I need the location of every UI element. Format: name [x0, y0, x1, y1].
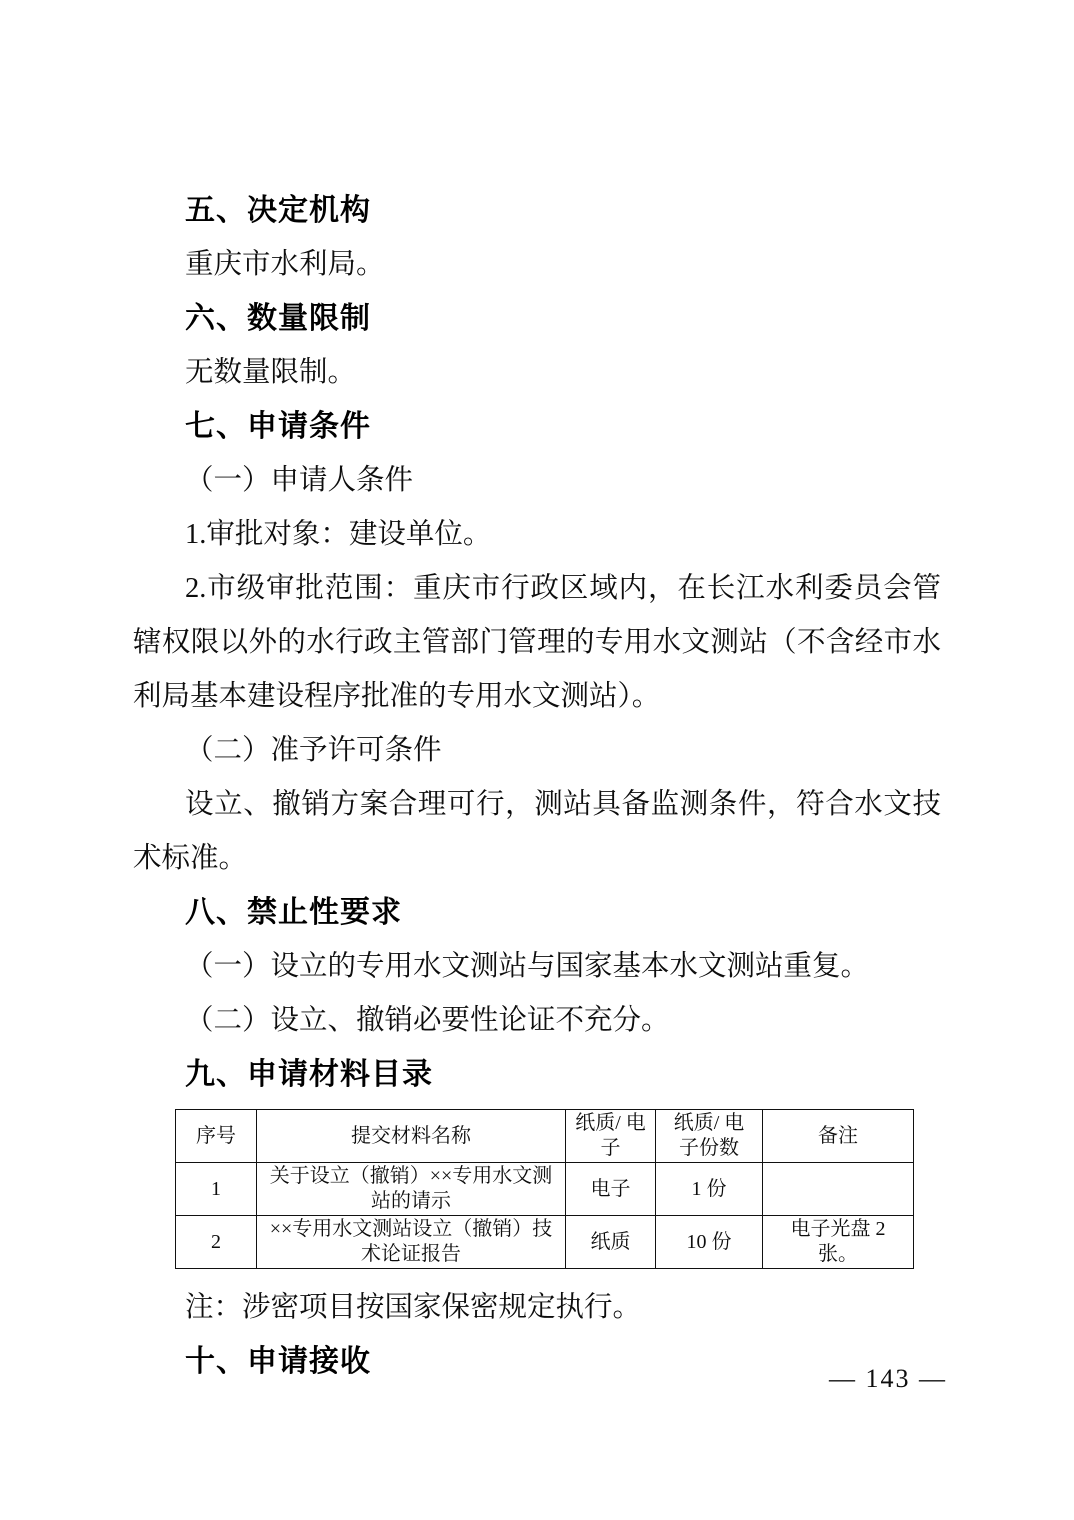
paragraph: 2.市级审批范围：重庆市行政区域内，在长江水利委员会管 辖权限以外的水行政主管部… — [133, 562, 941, 724]
table-header-cell: 备注 — [763, 1110, 914, 1163]
table-header-cell: 序号 — [176, 1110, 257, 1163]
paragraph: （一）设立的专用水文测站与国家基本水文测站重复。 — [133, 940, 941, 994]
document-page: 五、决定机构 重庆市水利局。 六、数量限制 无数量限制。 七、申请条件 （一）申… — [0, 0, 1074, 1520]
table-cell-material-name: ××专用水文测站设立（撤销）技术论证报告 — [257, 1216, 566, 1269]
paragraph: 重庆市水利局。 — [133, 238, 941, 292]
paragraph: 无数量限制。 — [133, 346, 941, 400]
materials-table: 序号 提交材料名称 纸质/ 电子 纸质/ 电子份数 备注 1 关于设立（撤销）×… — [175, 1109, 914, 1269]
heading-decision-agency: 五、决定机构 — [133, 184, 941, 238]
paragraph: （二）准予许可条件 — [133, 724, 941, 778]
paragraph: （二）设立、撤销必要性论证不充分。 — [133, 994, 941, 1048]
heading-materials-list: 九、申请材料目录 — [133, 1048, 941, 1102]
table-header-cell: 纸质/ 电子 — [566, 1110, 656, 1163]
paragraph-line: 2.市级审批范围：重庆市行政区域内，在长江水利委员会管 — [133, 562, 941, 616]
paragraph-line: 设立、撤销方案合理可行，测站具备监测条件，符合水文技 — [133, 778, 941, 832]
table-cell-note — [763, 1163, 914, 1216]
paragraph-line: 利局基本建设程序批准的专用水文测站）。 — [133, 670, 941, 724]
table-cell-copies: 1 份 — [656, 1163, 763, 1216]
table-header-cell: 纸质/ 电子份数 — [656, 1110, 763, 1163]
table-cell-copies: 10 份 — [656, 1216, 763, 1269]
table-row: 1 关于设立（撤销）××专用水文测站的请示 电子 1 份 — [176, 1163, 914, 1216]
paragraph-note: 注：涉密项目按国家保密规定执行。 — [133, 1281, 941, 1335]
heading-application-receipt: 十、申请接收 — [133, 1335, 941, 1389]
paragraph-line: 辖权限以外的水行政主管部门管理的专用水文测站（不含经市水 — [133, 616, 941, 670]
paragraph: 设立、撤销方案合理可行，测站具备监测条件，符合水文技 术标准。 — [133, 778, 941, 886]
heading-prohibitions: 八、禁止性要求 — [133, 886, 941, 940]
table-row: 2 ××专用水文测站设立（撤销）技术论证报告 纸质 10 份 电子光盘 2 张。 — [176, 1216, 914, 1269]
table-cell-medium: 电子 — [566, 1163, 656, 1216]
table-cell-note: 电子光盘 2 张。 — [763, 1216, 914, 1269]
table-cell-material-name: 关于设立（撤销）××专用水文测站的请示 — [257, 1163, 566, 1216]
heading-quantity-limit: 六、数量限制 — [133, 292, 941, 346]
paragraph: 1.审批对象：建设单位。 — [133, 508, 941, 562]
table-header-cell: 提交材料名称 — [257, 1110, 566, 1163]
document-content: 五、决定机构 重庆市水利局。 六、数量限制 无数量限制。 七、申请条件 （一）申… — [133, 184, 941, 1389]
paragraph-line: 术标准。 — [133, 832, 941, 886]
table-cell-medium: 纸质 — [566, 1216, 656, 1269]
table-header-row: 序号 提交材料名称 纸质/ 电子 纸质/ 电子份数 备注 — [176, 1110, 914, 1163]
page-number: — 143 — — [829, 1364, 947, 1394]
paragraph: （一）申请人条件 — [133, 454, 941, 508]
table-cell-no: 2 — [176, 1216, 257, 1269]
heading-application-conditions: 七、申请条件 — [133, 400, 941, 454]
table-cell-no: 1 — [176, 1163, 257, 1216]
